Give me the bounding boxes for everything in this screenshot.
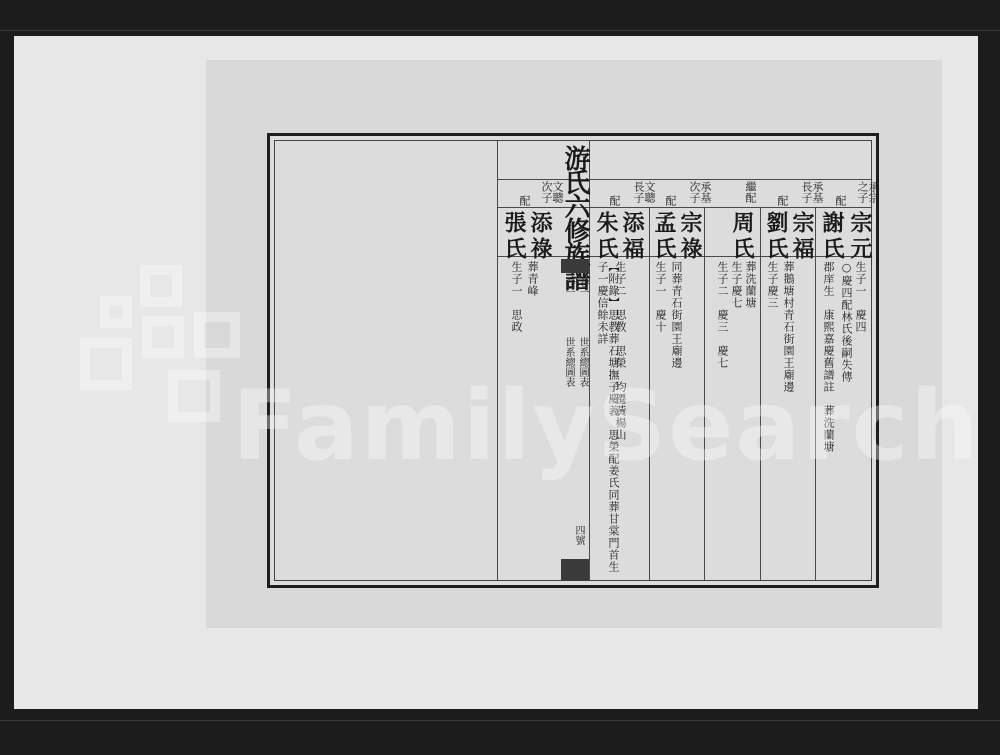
- film-border-bottom-line: [0, 720, 1000, 721]
- person-role-spouse: 配: [665, 195, 676, 206]
- detail-line: 生子一 慶十: [655, 261, 666, 333]
- person-role-spouse: 配: [835, 195, 846, 206]
- person-role: 繼配: [745, 181, 756, 207]
- col-divider: [815, 207, 816, 580]
- col-divider: [760, 207, 761, 580]
- person-name: 宗祿: [679, 211, 701, 263]
- detail-line: 生子慶三: [767, 261, 778, 309]
- spouse-name: 孟氏: [653, 211, 675, 263]
- col-divider: [649, 207, 650, 580]
- detail-line: 生子一 思政: [511, 261, 522, 333]
- col-divider: [704, 207, 705, 580]
- detail-line: 同葬青石街園王廟邊: [671, 261, 682, 369]
- film-border-top-line: [0, 30, 1000, 31]
- spouse-name: 張氏: [503, 211, 525, 263]
- page-number: 四號: [573, 525, 583, 545]
- person-name: 添福: [621, 211, 643, 263]
- detail-line: ○慶四配林氏後嗣失傳: [841, 261, 852, 383]
- person-name: 宗福: [791, 211, 813, 263]
- genealogy-table-inner: 游氏六修族譜 卷一 卷一 世系總圖表 世系總圖表 四號 承宗之子 配 宗元 謝氏…: [274, 140, 872, 581]
- detail-line: 葬青峰: [527, 261, 538, 297]
- title-band: 游氏六修族譜 卷一 卷一 世系總圖表 世系總圖表 四號: [561, 141, 589, 588]
- detail-line: 生子慶七: [731, 261, 742, 309]
- detail-line: 郡庠生 康熙嘉慶舊譜註 葬洗蘭塘: [823, 261, 834, 453]
- appendix-note: 【附錄】思教葬石塘撫子慶義 思榮配姜氏同葬甘棠門首生子一慶信餘未詳: [597, 261, 619, 580]
- spouse-name: 謝氏: [821, 211, 843, 263]
- volume-right: 卷一: [577, 277, 587, 297]
- person-role: 文聰次子: [541, 181, 563, 207]
- person-role: 文聰長子: [633, 181, 655, 207]
- detail-line: 生子一 慶四: [855, 261, 866, 333]
- spouse-name: 劉氏: [765, 211, 787, 263]
- ribbon-bottom: [561, 559, 589, 581]
- person-name: 添祿: [529, 211, 551, 263]
- person-role-spouse: 配: [519, 195, 530, 206]
- genealogy-table-frame: 游氏六修族譜 卷一 卷一 世系總圖表 世系總圖表 四號 承宗之子 配 宗元 謝氏…: [267, 133, 879, 588]
- row-divider-top: [497, 179, 871, 180]
- spouse-name: 周氏: [731, 211, 753, 263]
- person-role-spouse: 配: [777, 195, 788, 206]
- spouse-name: 朱氏: [595, 211, 617, 263]
- detail-line: 葬洗蘭塘: [745, 261, 756, 309]
- person-role: 承基次子: [689, 181, 711, 207]
- ribbon-top: [561, 259, 589, 273]
- col-divider: [497, 141, 498, 580]
- detail-line: 生子二 慶三 慶七: [717, 261, 728, 369]
- person-role-spouse: 配: [609, 195, 620, 206]
- section-left: 世系總圖表: [563, 337, 573, 387]
- section-right: 世系總圖表: [577, 337, 587, 387]
- person-name: 宗元: [849, 211, 871, 263]
- volume-left: 卷一: [563, 277, 573, 297]
- detail-line: 葬鵝塘村青石街園王廟邊: [783, 261, 794, 393]
- person-role: 承基長子: [801, 181, 823, 207]
- person-role: 承宗之子: [857, 181, 879, 207]
